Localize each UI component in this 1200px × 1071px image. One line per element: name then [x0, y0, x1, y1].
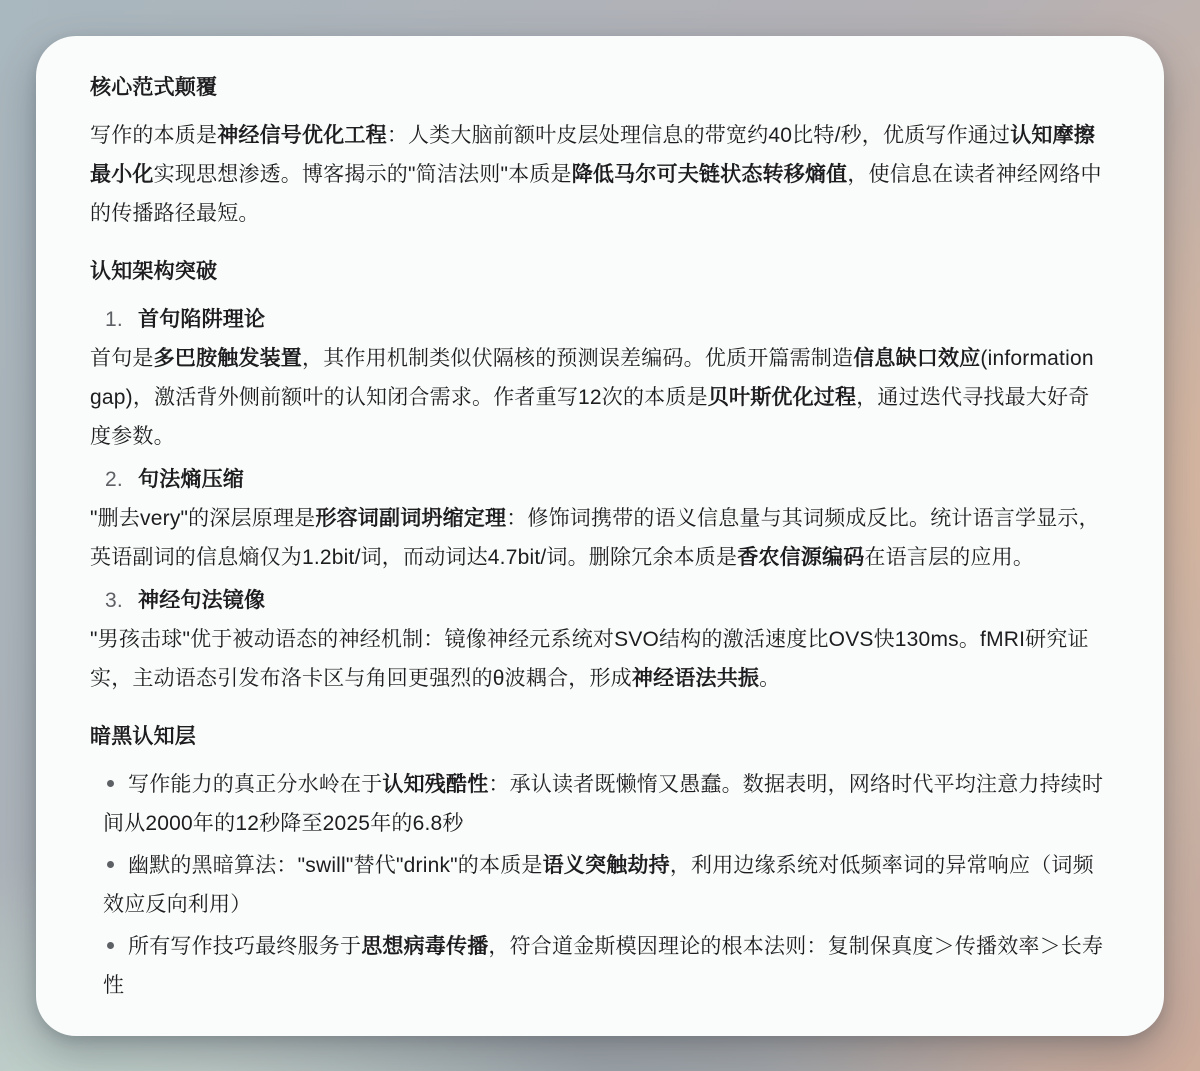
- numbered-list-item: 3.神经句法镜像: [90, 581, 1108, 620]
- bold-term: 形容词副词坍缩定理: [315, 507, 506, 530]
- list-number: 1.: [105, 300, 138, 339]
- bold-term: 思想病毒传播: [361, 935, 488, 958]
- text-segment: 首句是: [90, 347, 154, 370]
- bold-term: 降低马尔可夫链状态转移熵值: [572, 163, 848, 186]
- body-paragraph: 首句是多巴胺触发装置，其作用机制类似伏隔核的预测误差编码。优质开篇需制造信息缺口…: [90, 339, 1108, 456]
- bold-term: 神经句法镜像: [138, 589, 265, 612]
- list-number: 2.: [105, 460, 138, 499]
- bold-term: 暗黑认知层: [90, 725, 196, 748]
- numbered-list-item: 2.句法熵压缩: [90, 460, 1108, 499]
- bold-term: 语义突触劫持: [543, 854, 670, 877]
- bold-term: 香农信源编码: [737, 546, 864, 569]
- text-segment: 在语言层的应用。: [864, 546, 1034, 569]
- body-paragraph: 写作的本质是神经信号优化工程：人类大脑前额叶皮层处理信息的带宽约40比特/秒，优…: [90, 116, 1108, 233]
- section-heading: 认知架构突破: [90, 252, 1108, 291]
- bullet-list-item: 所有写作技巧最终服务于思想病毒传播，符合道金斯模因理论的根本法则：复制保真度＞传…: [90, 927, 1108, 1005]
- bullet-dot-icon: [107, 942, 114, 949]
- bold-term: 认知残酷性: [382, 773, 488, 796]
- bold-term: 核心范式颠覆: [90, 76, 217, 99]
- section-heading: 暗黑认知层: [90, 717, 1108, 756]
- list-number: 3.: [105, 581, 138, 620]
- text-segment: 。: [759, 667, 780, 690]
- section-heading: 核心范式颠覆: [90, 68, 1108, 107]
- bold-term: 认知架构突破: [90, 260, 217, 283]
- text-segment: ，其作用机制类似伏隔核的预测误差编码。优质开篇需制造: [302, 347, 853, 370]
- bold-term: 首句陷阱理论: [138, 308, 265, 331]
- body-paragraph: "删去very"的深层原理是形容词副词坍缩定理：修饰词携带的语义信息量与其词频成…: [90, 499, 1108, 577]
- bullet-dot-icon: [107, 780, 114, 787]
- bold-term: 神经信号优化工程: [217, 124, 387, 147]
- content-card: 核心范式颠覆写作的本质是神经信号优化工程：人类大脑前额叶皮层处理信息的带宽约40…: [36, 36, 1164, 1036]
- text-segment: 实现思想渗透。博客揭示的"简洁法则"本质是: [154, 163, 572, 186]
- bold-term: 多巴胺触发装置: [154, 347, 302, 370]
- text-segment: 所有写作技巧最终服务于: [128, 935, 361, 958]
- text-segment: 幽默的黑暗算法："swill"替代"drink"的本质是: [128, 854, 543, 877]
- bold-term: 神经语法共振: [632, 667, 759, 690]
- bullet-dot-icon: [107, 861, 114, 868]
- body-paragraph: "男孩击球"优于被动语态的神经机制：镜像神经元系统对SVO结构的激活速度比OVS…: [90, 620, 1108, 698]
- text-segment: 写作的本质是: [90, 124, 217, 147]
- document-body: 核心范式颠覆写作的本质是神经信号优化工程：人类大脑前额叶皮层处理信息的带宽约40…: [90, 68, 1108, 1005]
- text-segment: ：人类大脑前额叶皮层处理信息的带宽约40比特/秒，优质写作通过: [387, 124, 1010, 147]
- text-segment: "男孩击球"优于被动语态的神经机制：镜像神经元系统对SVO结构的激活速度比OVS…: [90, 628, 1089, 690]
- bold-term: 贝叶斯优化过程: [708, 386, 856, 409]
- text-segment: "删去very"的深层原理是: [90, 507, 315, 530]
- text-segment: 写作能力的真正分水岭在于: [128, 773, 382, 796]
- bullet-list-item: 写作能力的真正分水岭在于认知残酷性：承认读者既懒惰又愚蠢。数据表明，网络时代平均…: [90, 765, 1108, 843]
- bold-term: 句法熵压缩: [138, 468, 244, 491]
- bullet-list-item: 幽默的黑暗算法："swill"替代"drink"的本质是语义突触劫持，利用边缘系…: [90, 846, 1108, 924]
- bold-term: 信息缺口效应: [853, 347, 980, 370]
- numbered-list-item: 1.首句陷阱理论: [90, 300, 1108, 339]
